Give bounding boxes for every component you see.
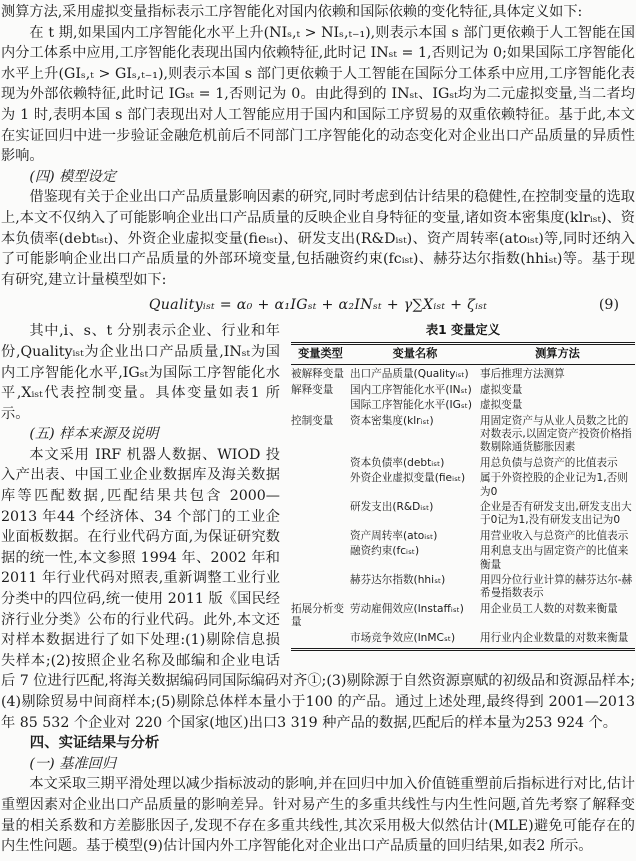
section-empirical-results: 四、实证结果与分析 (一) 基准回归 本文采取三期平滑处理以减少指标波动的影响,… [1, 733, 635, 857]
cell-variable-type: 被解释变量 [291, 365, 350, 383]
table-row: 拓展分析变量 劳动雇佣效应(lnstaffᵢₛₜ) 用企业员工人数的对数来衡量 [291, 602, 635, 631]
cell-variable-name: 融资约束(fcᵢₛₜ) [350, 544, 480, 573]
cell-measurement-method: 用企业员工人数的对数来衡量 [480, 602, 635, 631]
cell-variable-name: 市场竞争效应(lnMCₛₜ) [350, 631, 480, 650]
cell-measurement-method: 用总负债与总资产的比值表示 [480, 456, 635, 471]
cell-variable-type: 控制变量 [291, 414, 350, 456]
paragraph-dummy-variable-definition: 在 t 期,如果国内工序智能化水平上升(NIₛ,ₜ > NIₛ,ₜ₋₁),则表示… [1, 23, 635, 167]
table-row: 外资企业虚拟变量(fieᵢₛₜ) 属于外资控股的企业记为1,否则为0 [291, 471, 635, 500]
cell-variable-name: 国际工序智能化水平(IGₛₜ) [350, 398, 480, 413]
cell-variable-type [291, 456, 350, 471]
paragraph-measurement-method: 测算方法,采用虚拟变量指标表示工序智能化对国内依赖和国际依赖的变化特征,具体定义… [1, 2, 635, 23]
cell-measurement-method: 虚拟变量 [480, 398, 635, 413]
table-row: 融资约束(fcᵢₛₜ) 用利息支出与固定资产的比值来衡量 [291, 544, 635, 573]
paper-page: 测算方法,采用虚拟变量指标表示工序智能化对国内依赖和国际依赖的变化特征,具体定义… [0, 0, 636, 861]
equation-number: (9) [599, 292, 619, 318]
heading-empirical-results: 四、实证结果与分析 [1, 733, 635, 754]
cell-measurement-method: 用行业内企业数量的对数来衡量 [480, 631, 635, 650]
section-method-and-model: 测算方法,采用虚拟变量指标表示工序智能化对国内依赖和国际依赖的变化特征,具体定义… [1, 2, 635, 318]
cell-measurement-method: 用营业收入与总资产的比值表示 [480, 529, 635, 544]
cell-measurement-method: 事后推理方法测算 [480, 365, 635, 383]
cell-measurement-method: 企业是否有研发支出,研发支出大于0记为1,没有研发支出记为0 [480, 500, 635, 529]
cell-variable-name: 劳动雇佣效应(lnstaffᵢₛₜ) [350, 602, 480, 631]
col-header-measurement-method: 测算方法 [480, 344, 635, 365]
cell-measurement-method: 属于外资控股的企业记为1,否则为0 [480, 471, 635, 500]
table-row: 控制变量 资本密集度(klrᵢₛₜ) 用固定资产与从业人员数之比的对数表示,以固… [291, 414, 635, 456]
paragraph-control-variables: 借鉴现有关于企业出口产品质量影响因素的研究,同时考虑到估计结果的稳健性,在控制变… [1, 187, 635, 290]
cell-measurement-method: 虚拟变量 [480, 383, 635, 398]
table-row: 资产周转率(atoᵢₛₜ) 用营业收入与总资产的比值表示 [291, 529, 635, 544]
table-variable-definitions: 表1 变量定义 变量类型 变量名称 测算方法 被解释变量 出口产品质量(Qual… [291, 322, 635, 651]
cell-variable-name: 资本密集度(klrᵢₛₜ) [350, 414, 480, 456]
cell-variable-type [291, 398, 350, 413]
cell-variable-name: 资本负债率(debtᵢₛₜ) [350, 456, 480, 471]
variable-definitions-table: 变量类型 变量名称 测算方法 被解释变量 出口产品质量(Qualityᵢₛₜ) … [291, 342, 635, 651]
section-variables-and-sample: 表1 变量定义 变量类型 变量名称 测算方法 被解释变量 出口产品质量(Qual… [1, 321, 635, 733]
cell-variable-name: 研发支出(R&Dᵢₛₜ) [350, 500, 480, 529]
cell-variable-type [291, 544, 350, 573]
cell-variable-type [291, 471, 350, 500]
heading-baseline-regression: (一) 基准回归 [1, 754, 635, 775]
table-header-row: 变量类型 变量名称 测算方法 [291, 344, 635, 365]
cell-variable-type [291, 529, 350, 544]
table-row: 被解释变量 出口产品质量(Qualityᵢₛₜ) 事后推理方法测算 [291, 365, 635, 383]
cell-measurement-method: 用利息支出与固定资产的比值来衡量 [480, 544, 635, 573]
heading-model-setting: (四) 模型设定 [1, 167, 635, 188]
cell-variable-type [291, 573, 350, 602]
table-row: 解释变量 国内工序智能化水平(INₛₜ) 虚拟变量 [291, 383, 635, 398]
paragraph-baseline-regression: 本文采取三期平滑处理以减少指标波动的影响,并在回归中加入价值链重塑前后指标进行对… [1, 774, 635, 856]
cell-variable-name: 国内工序智能化水平(INₛₜ) [350, 383, 480, 398]
cell-measurement-method: 用固定资产与从业人员数之比的对数表示,以固定资产投资价格指数剔除通货膨胀因素 [480, 414, 635, 456]
cell-measurement-method: 用四分位行业计算的赫芬达尔-赫希曼指数表示 [480, 573, 635, 602]
col-header-variable-name: 变量名称 [350, 344, 480, 365]
col-header-variable-type: 变量类型 [291, 344, 350, 365]
equation-9-row: Qualityᵢₛₜ = α₀ + α₁IGₛₜ + α₂INₛₜ + γ∑Xᵢ… [1, 292, 635, 318]
table-row: 研发支出(R&Dᵢₛₜ) 企业是否有研发支出,研发支出大于0记为1,没有研发支出… [291, 500, 635, 529]
cell-variable-type: 解释变量 [291, 383, 350, 398]
cell-variable-name: 赫芬达尔指数(hhiₛₜ) [350, 573, 480, 602]
cell-variable-type [291, 500, 350, 529]
cell-variable-name: 外资企业虚拟变量(fieᵢₛₜ) [350, 471, 480, 500]
cell-variable-name: 资产周转率(atoᵢₛₜ) [350, 529, 480, 544]
cell-variable-name: 出口产品质量(Qualityᵢₛₜ) [350, 365, 480, 383]
table-row: 资本负债率(debtᵢₛₜ) 用总负债与总资产的比值表示 [291, 456, 635, 471]
table-row: 市场竞争效应(lnMCₛₜ) 用行业内企业数量的对数来衡量 [291, 631, 635, 650]
equation-9: Qualityᵢₛₜ = α₀ + α₁IGₛₜ + α₂INₛₜ + γ∑Xᵢ… [149, 297, 487, 313]
cell-variable-type [291, 631, 350, 650]
table-row: 国际工序智能化水平(IGₛₜ) 虚拟变量 [291, 398, 635, 413]
table-title: 表1 变量定义 [291, 322, 635, 338]
cell-variable-type: 拓展分析变量 [291, 602, 350, 631]
table-row: 赫芬达尔指数(hhiₛₜ) 用四分位行业计算的赫芬达尔-赫希曼指数表示 [291, 573, 635, 602]
